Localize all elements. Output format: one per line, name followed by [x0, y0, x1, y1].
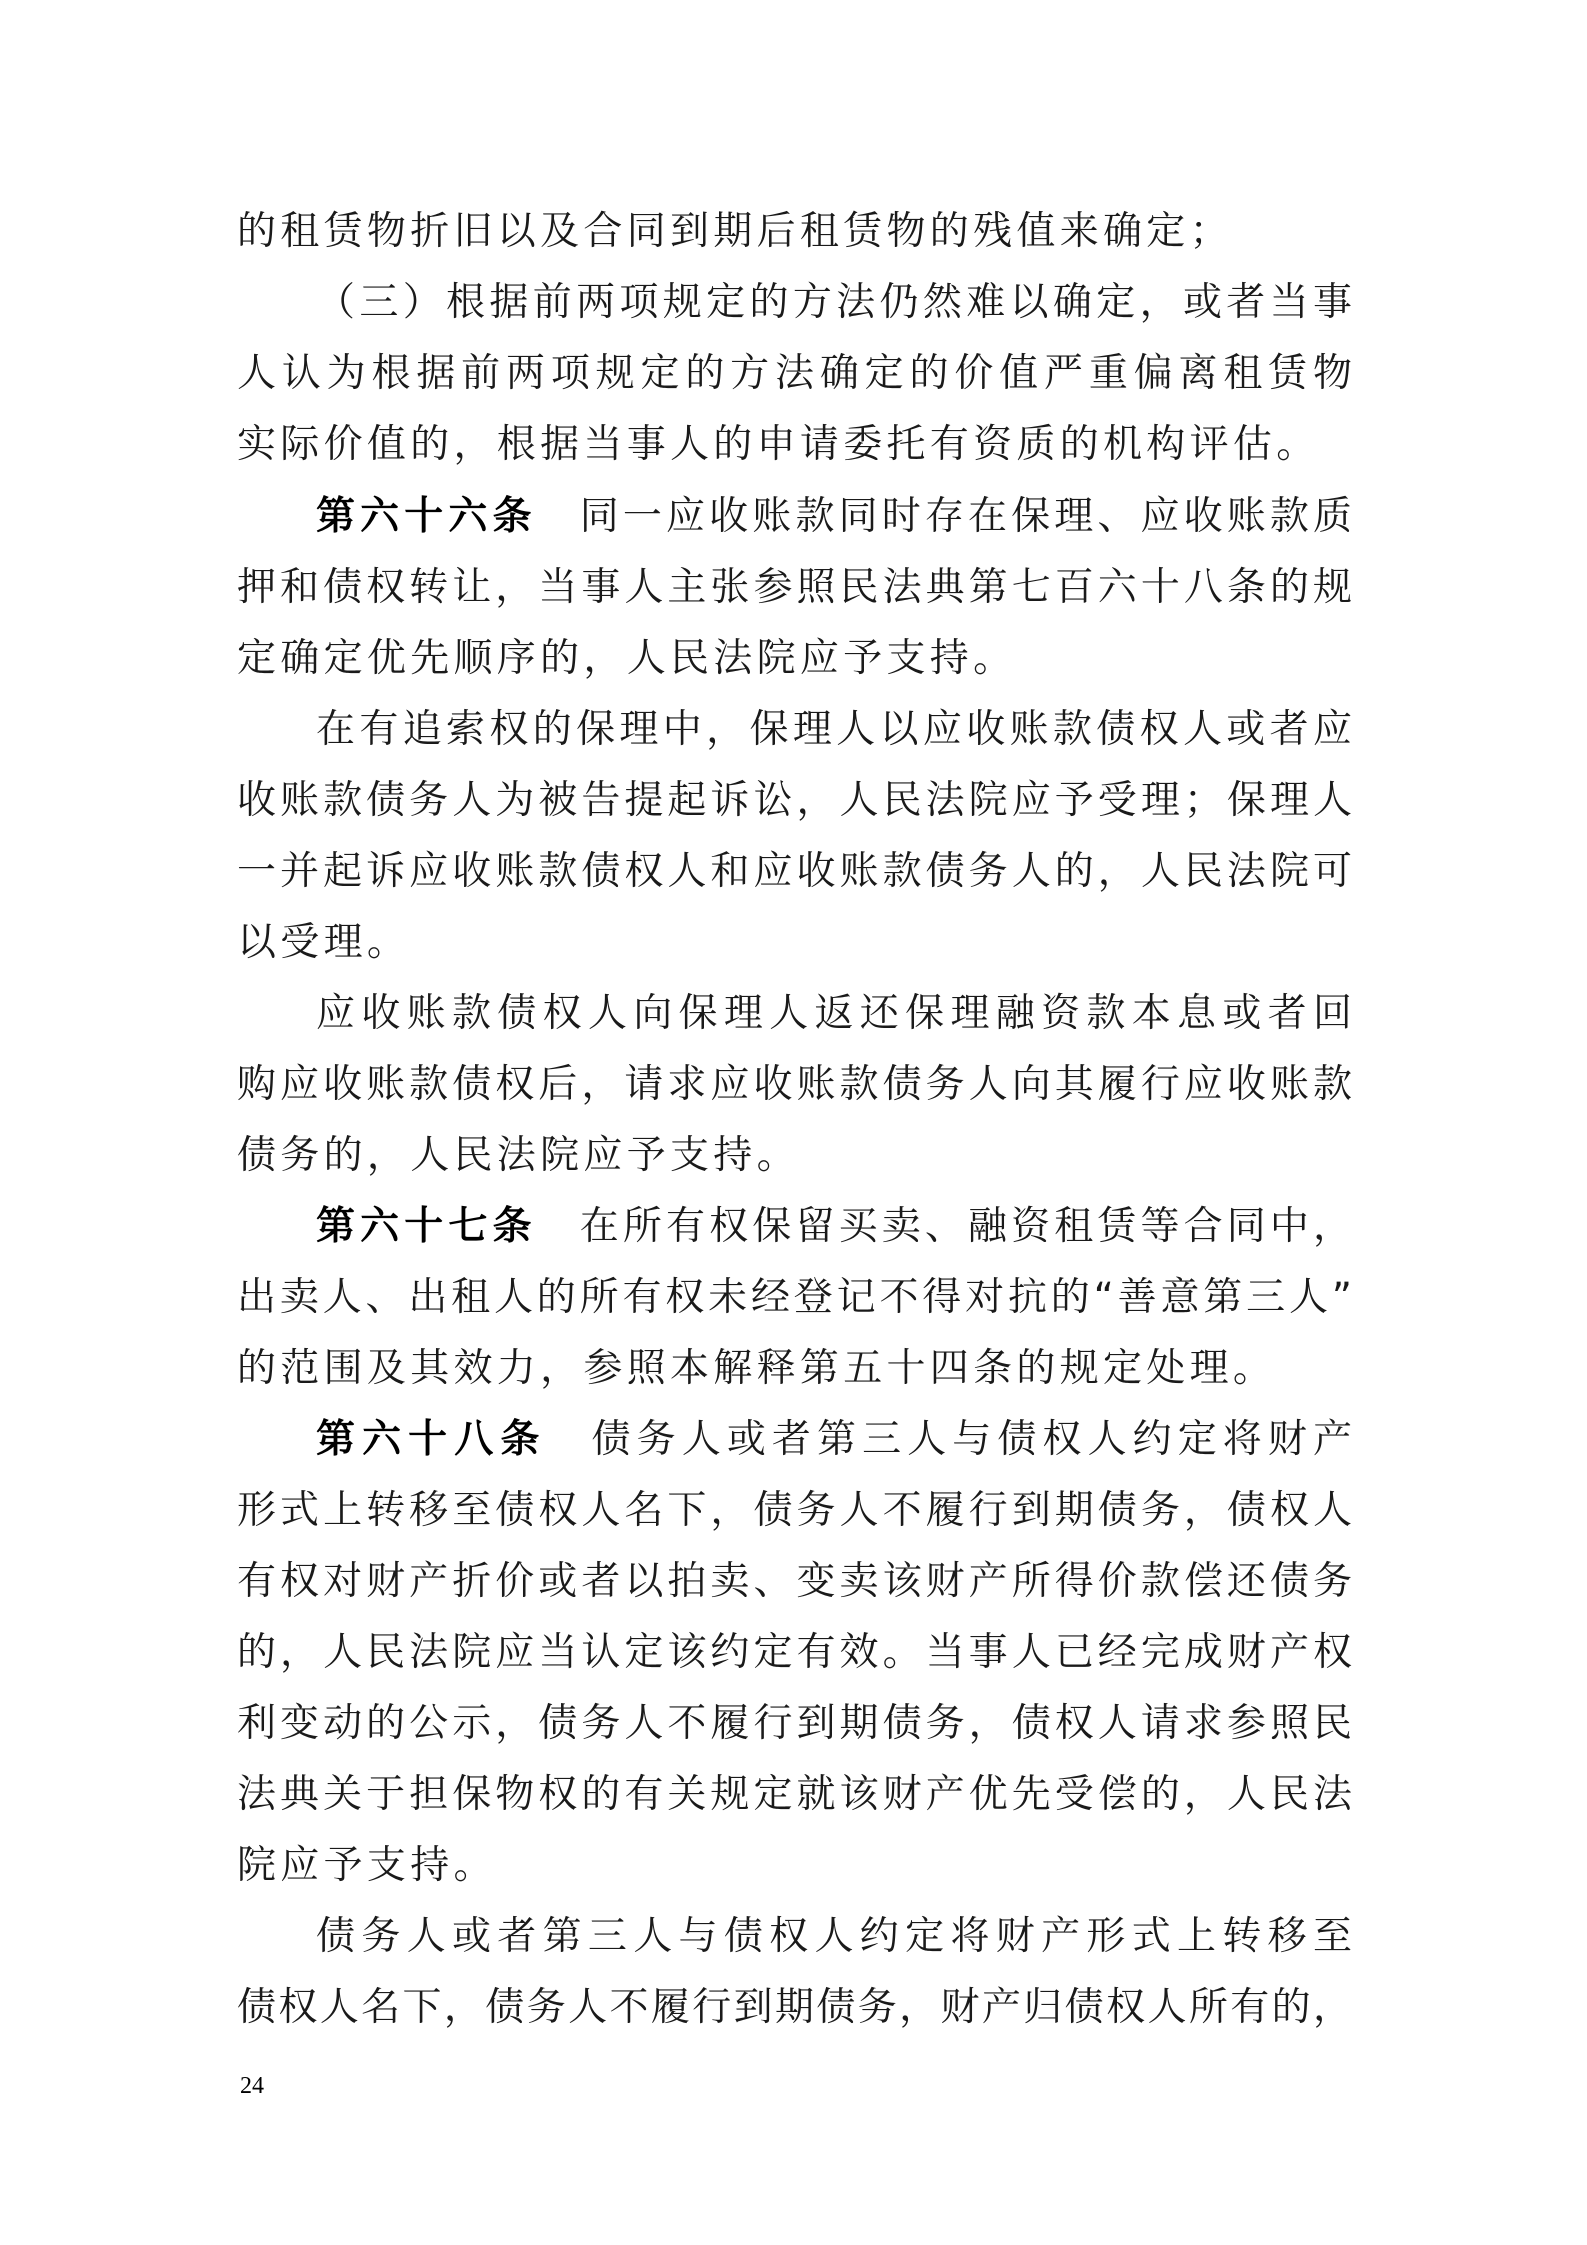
line-text: 收账款债务人为被告提起诉讼，人民法院应予受理；保理人 [237, 778, 1352, 823]
document-page: 的租赁物折旧以及合同到期后租赁物的残值来确定；（三）根据前两项规定的方法仍然难以… [0, 0, 1587, 2245]
text-line: 以受理。 [237, 913, 1352, 973]
text-line: 债务人或者第三人与债权人约定将财产形式上转移至 [316, 1907, 1352, 1967]
page-number: 24 [240, 2073, 264, 2100]
line-text: 购应收账款债权后，请求应收账款债务人向其履行应收账款 [237, 1062, 1352, 1107]
text-line: 实际价值的，根据当事人的申请委托有资质的机构评估。 [237, 415, 1352, 475]
line-text: 的范围及其效力，参照本解释第五十四条的规定处理。 [237, 1346, 1276, 1391]
text-line: 的，人民法院应当认定该约定有效。当事人已经完成财产权 [237, 1623, 1352, 1683]
text-line: 押和债权转让，当事人主张参照民法典第七百六十八条的规 [237, 558, 1352, 618]
article-number: 第六十八条 [316, 1417, 546, 1462]
line-text: 的，人民法院应当认定该约定有效。当事人已经完成财产权 [237, 1630, 1352, 1675]
text-line: （三）根据前两项规定的方法仍然难以确定，或者当事 [316, 273, 1352, 333]
text-line: 院应予支持。 [237, 1836, 1352, 1896]
line-text: 有权对财产折价或者以拍卖、变卖该财产所得价款偿还债务 [237, 1559, 1352, 1604]
text-line: 第六十六条 同一应收账款同时存在保理、应收账款质 [316, 487, 1352, 547]
text-line: 应收账款债权人向保理人返还保理融资款本息或者回 [316, 984, 1352, 1044]
line-text: 以受理。 [237, 920, 410, 965]
line-text: 债务的，人民法院应予支持。 [237, 1133, 800, 1178]
text-line: 定确定优先顺序的，人民法院应予支持。 [237, 629, 1352, 689]
line-text: 定确定优先顺序的，人民法院应予支持。 [237, 636, 1016, 681]
line-text: 在有追索权的保理中，保理人以应收账款债权人或者应 [316, 707, 1352, 752]
text-line: 收账款债务人为被告提起诉讼，人民法院应予受理；保理人 [237, 771, 1352, 831]
text-line: 法典关于担保物权的有关规定就该财产优先受偿的，人民法 [237, 1765, 1352, 1825]
line-text: 的租赁物折旧以及合同到期后租赁物的残值来确定； [237, 209, 1233, 254]
line-text: 债务人或者第三人与债权人约定将财产形式上转移至 [316, 1914, 1352, 1959]
text-line: 的范围及其效力，参照本解释第五十四条的规定处理。 [237, 1339, 1352, 1399]
text-line: 人认为根据前两项规定的方法确定的价值严重偏离租赁物 [237, 344, 1352, 404]
line-text: 人认为根据前两项规定的方法确定的价值严重偏离租赁物 [237, 351, 1352, 396]
line-text: 院应予支持。 [237, 1843, 497, 1888]
article-number: 第六十七条 [316, 1204, 537, 1249]
line-text: 实际价值的，根据当事人的申请委托有资质的机构评估。 [237, 422, 1320, 467]
line-text: 债权人名下，债务人不履行到期债务，财产归债权人所有的， [237, 1985, 1352, 2030]
text-line: 形式上转移至债权人名下，债务人不履行到期债务，债权人 [237, 1481, 1352, 1541]
line-text: 法典关于担保物权的有关规定就该财产优先受偿的，人民法 [237, 1772, 1352, 1817]
text-line: 有权对财产折价或者以拍卖、变卖该财产所得价款偿还债务 [237, 1552, 1352, 1612]
text-line: 在有追索权的保理中，保理人以应收账款债权人或者应 [316, 700, 1352, 760]
line-text: 债务人或者第三人与债权人约定将财产 [592, 1417, 1352, 1462]
line-text: 出卖人、出租人的所有权未经登记不得对抗的“善意第三人” [237, 1275, 1352, 1320]
text-line: 债务的，人民法院应予支持。 [237, 1126, 1352, 1186]
line-text: 应收账款债权人向保理人返还保理融资款本息或者回 [316, 991, 1352, 1036]
text-line: 一并起诉应收账款债权人和应收账款债务人的，人民法院可 [237, 842, 1352, 902]
line-text: 一并起诉应收账款债权人和应收账款债务人的，人民法院可 [237, 849, 1352, 894]
line-text: 利变动的公示，债务人不履行到期债务，债权人请求参照民 [237, 1701, 1352, 1746]
line-text: 在所有权保留买卖、融资租赁等合同中， [580, 1204, 1352, 1249]
text-line: 出卖人、出租人的所有权未经登记不得对抗的“善意第三人” [237, 1268, 1352, 1328]
text-line: 购应收账款债权后，请求应收账款债务人向其履行应收账款 [237, 1055, 1352, 1115]
line-text: （三）根据前两项规定的方法仍然难以确定，或者当事 [316, 280, 1352, 325]
text-line: 第六十七条 在所有权保留买卖、融资租赁等合同中， [316, 1197, 1352, 1257]
text-line: 的租赁物折旧以及合同到期后租赁物的残值来确定； [237, 202, 1352, 262]
line-text: 押和债权转让，当事人主张参照民法典第七百六十八条的规 [237, 565, 1352, 610]
text-line: 利变动的公示，债务人不履行到期债务，债权人请求参照民 [237, 1694, 1352, 1754]
line-text: 同一应收账款同时存在保理、应收账款质 [580, 494, 1352, 539]
text-line: 第六十八条 债务人或者第三人与债权人约定将财产 [316, 1410, 1352, 1470]
article-number: 第六十六条 [316, 494, 537, 539]
text-line: 债权人名下，债务人不履行到期债务，财产归债权人所有的， [237, 1978, 1352, 2038]
line-text: 形式上转移至债权人名下，债务人不履行到期债务，债权人 [237, 1488, 1352, 1533]
